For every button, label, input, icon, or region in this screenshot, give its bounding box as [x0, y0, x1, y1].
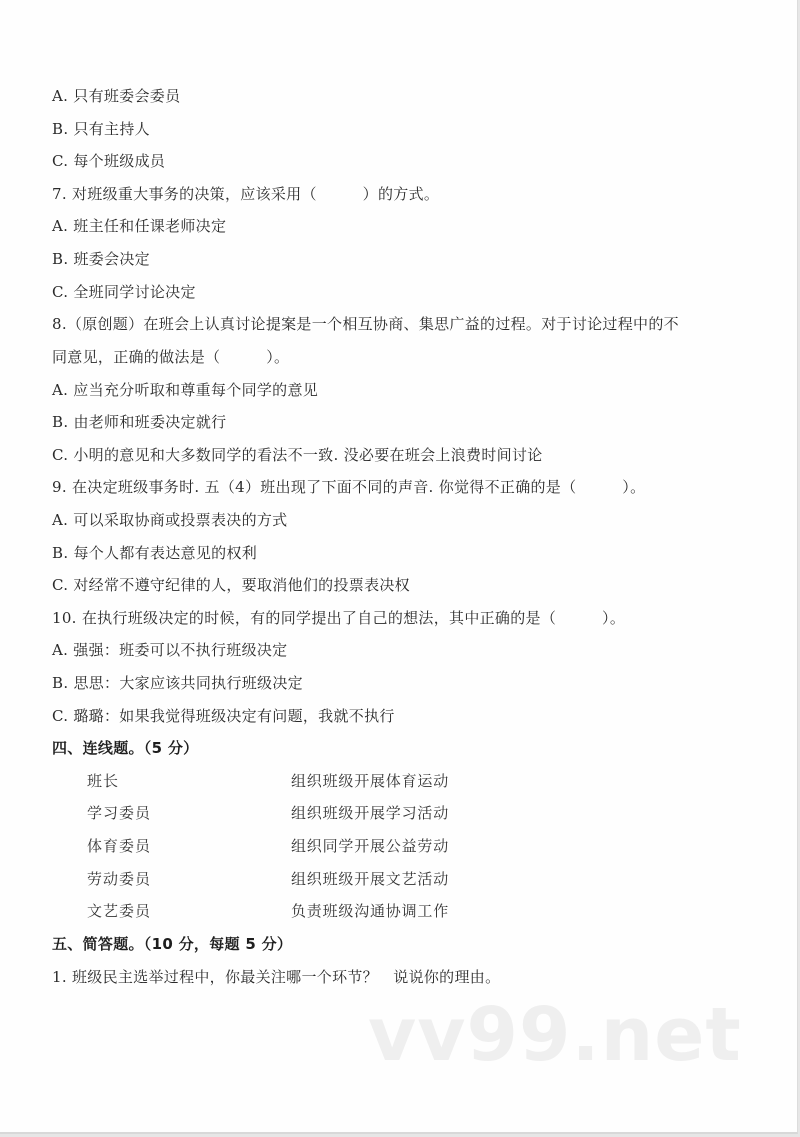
- q9-option-a: A. 可以采取协商或投票表决的方式: [52, 510, 287, 530]
- q7-option-c: C. 全班同学讨论决定: [52, 282, 196, 302]
- match-left-item: 学习委员: [87, 803, 151, 823]
- q8-option-c: C. 小明的意见和大多数同学的看法不一致. 没必要在班会上浪费时间讨论: [52, 445, 543, 465]
- q9-stem: 9. 在决定班级事务时. 五（4）班出现了下面不同的声音. 你觉得不正确的是（ …: [52, 477, 645, 497]
- q6-option-b: B. 只有主持人: [52, 119, 150, 139]
- q9-option-c: C. 对经常不遵守纪律的人，要取消他们的投票表决权: [52, 575, 410, 595]
- match-right-item: 组织班级开展学习活动: [291, 803, 449, 823]
- q10-option-a: A. 强强：班委可以不执行班级决定: [52, 640, 287, 660]
- q9-option-b: B. 每个人都有表达意见的权利: [52, 543, 257, 563]
- q8-option-a: A. 应当充分听取和尊重每个同学的意见: [52, 380, 318, 400]
- q8-stem-line2: 同意见，正确的做法是（ ）。: [52, 347, 289, 367]
- match-left-item: 文艺委员: [87, 901, 151, 921]
- q7-stem: 7. 对班级重大事务的决策，应该采用（ ）的方式。: [52, 184, 439, 204]
- match-right-item: 组织同学开展公益劳动: [291, 836, 449, 856]
- q6-option-a: A. 只有班委会委员: [52, 86, 180, 106]
- match-left-item: 劳动委员: [87, 869, 151, 889]
- section5-heading: 五、简答题。（10 分，每题 5 分）: [52, 934, 292, 954]
- match-right-item: 组织班级开展体育运动: [291, 771, 449, 791]
- section4-heading: 四、连线题。（5 分）: [52, 738, 198, 758]
- q8-option-b: B. 由老师和班委决定就行: [52, 412, 226, 432]
- watermark: vv99.net: [368, 990, 742, 1080]
- q8-stem-line1: 8.（原创题）在班会上认真讨论提案是一个相互协商、集思广益的过程。对于讨论过程中…: [52, 314, 679, 334]
- match-right-item: 组织班级开展文艺活动: [291, 869, 449, 889]
- exam-page: A. 只有班委会委员 B. 只有主持人 C. 每个班级成员 7. 对班级重大事务…: [0, 0, 798, 1134]
- match-right-item: 负责班级沟通协调工作: [291, 901, 449, 921]
- q7-option-b: B. 班委会决定: [52, 249, 150, 269]
- q10-option-c: C. 璐璐：如果我觉得班级决定有问题，我就不执行: [52, 706, 395, 726]
- q10-option-b: B. 思思：大家应该共同执行班级决定: [52, 673, 303, 693]
- match-left-item: 体育委员: [87, 836, 151, 856]
- q10-stem: 10. 在执行班级决定的时候，有的同学提出了自己的想法，其中正确的是（ ）。: [52, 608, 625, 628]
- match-left-item: 班长: [87, 771, 119, 791]
- section5-question-1: 1. 班级民主选举过程中，你最关注哪一个环节？ 说说你的理由。: [52, 967, 500, 987]
- q6-option-c: C. 每个班级成员: [52, 151, 165, 171]
- q7-option-a: A. 班主任和任课老师决定: [52, 216, 226, 236]
